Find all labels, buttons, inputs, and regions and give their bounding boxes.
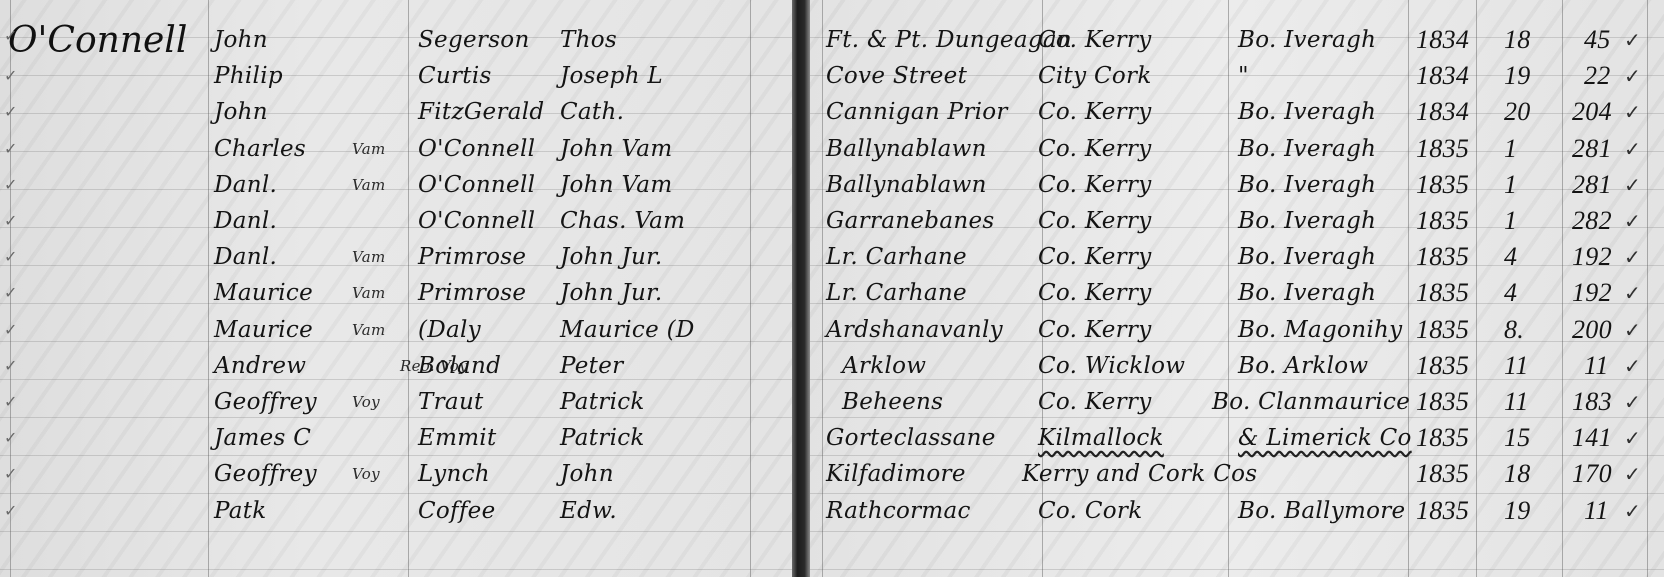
other-surname: (Daly <box>418 312 481 348</box>
year: 1835 <box>1416 167 1469 203</box>
check-mark-icon: ✓ <box>1624 58 1641 94</box>
county: Co. Wicklow <box>1038 348 1185 384</box>
folio: 11 <box>1584 493 1609 529</box>
other-surname: Coffee <box>418 493 496 529</box>
volume: 11 <box>1504 384 1529 420</box>
table-row: ✓MauriceVam(DalyMaurice (D <box>0 312 792 348</box>
table-row: ✓JohnFitzGeraldCath. <box>0 94 792 130</box>
volume: 15 <box>1504 420 1531 456</box>
county: Co. Kerry <box>1038 275 1152 311</box>
county: Co. Kerry <box>1038 384 1152 420</box>
given-name: Maurice <box>214 312 313 348</box>
folio: 281 <box>1572 167 1612 203</box>
left-page: O'Connell ✓JohnSegersonThos✓PhilipCurtis… <box>0 0 792 577</box>
county: Co. Kerry <box>1038 312 1152 348</box>
check-mark-icon: ✓ <box>4 211 17 230</box>
check-mark-icon: ✓ <box>1624 275 1641 311</box>
year: 1835 <box>1416 420 1469 456</box>
other-surname: Traut <box>418 384 484 420</box>
volume: 19 <box>1504 493 1531 529</box>
year: 1835 <box>1416 384 1469 420</box>
other-surname: O'Connell <box>418 167 535 203</box>
year: 1835 <box>1416 493 1469 529</box>
county: Kilmallock <box>1038 420 1164 456</box>
volume: 1 <box>1504 131 1517 167</box>
townland: Ballynablawn <box>826 131 987 167</box>
county: Kerry and Cork Cos <box>1022 456 1257 492</box>
table-row: ✓CharlesVamO'ConnellJohn Vam <box>0 131 792 167</box>
check-mark-icon: ✓ <box>4 283 17 302</box>
volume: 11 <box>1504 348 1529 384</box>
other-given-name: Chas. Vam <box>560 203 685 239</box>
given-name: Andrew <box>214 348 306 384</box>
other-surname: Primrose <box>418 275 526 311</box>
townland: Beheens <box>842 384 943 420</box>
book-gutter <box>792 0 810 577</box>
townland: Ballynablawn <box>826 167 987 203</box>
townland: Rathcormac <box>826 493 971 529</box>
barony: Bo. Iveragh <box>1238 275 1376 311</box>
other-given-name: Edw. <box>560 493 617 529</box>
folio: 22 <box>1584 58 1611 94</box>
table-row: ✓MauriceVamPrimroseJohn Jur. <box>0 275 792 311</box>
townland: Ardshanavanly <box>826 312 1003 348</box>
volume: 4 <box>1504 239 1517 275</box>
barony: Bo. Clanmaurice <box>1212 384 1410 420</box>
table-row: BeheensCo. KerryBo. Clanmaurice183511183… <box>792 384 1664 420</box>
volume: 1 <box>1504 203 1517 239</box>
table-row: BallynablawnCo. KerryBo. Iveragh18351281… <box>792 167 1664 203</box>
table-row: BallynablawnCo. KerryBo. Iveragh18351281… <box>792 131 1664 167</box>
table-row: ✓Danl.VamPrimroseJohn Jur. <box>0 239 792 275</box>
townland: Gorteclassane <box>826 420 996 456</box>
other-surname: O'Connell <box>418 131 535 167</box>
check-mark-icon: ✓ <box>1624 239 1641 275</box>
other-surname: Lynch <box>418 456 490 492</box>
year: 1835 <box>1416 239 1469 275</box>
year: 1835 <box>1416 348 1469 384</box>
table-row: ✓PhilipCurtisJoseph L <box>0 58 792 94</box>
table-row: Ft. & Pt. DungeaganCo. KerryBo. Iveragh1… <box>792 22 1664 58</box>
other-surname: Primrose <box>418 239 526 275</box>
check-mark-icon: ✓ <box>4 26 17 45</box>
townland: Arklow <box>842 348 926 384</box>
folio: 204 <box>1572 94 1612 130</box>
entry-note: Vam <box>352 239 386 275</box>
table-row: RathcormacCo. CorkBo. Ballymore18351911✓ <box>792 493 1664 529</box>
barony: Bo. Ballymore <box>1238 493 1405 529</box>
entry-note: Vam <box>352 312 386 348</box>
table-row: ArdshanavanlyCo. KerryBo. Magonihy18358.… <box>792 312 1664 348</box>
county: Co. Kerry <box>1038 22 1152 58</box>
table-row: GarranebanesCo. KerryBo. Iveragh18351282… <box>792 203 1664 239</box>
folio: 183 <box>1572 384 1612 420</box>
check-mark-icon: ✓ <box>4 501 17 520</box>
other-given-name: Peter <box>560 348 623 384</box>
other-given-name: John Jur. <box>560 275 663 311</box>
county: Co. Kerry <box>1038 167 1152 203</box>
barony: Bo. Iveragh <box>1238 239 1376 275</box>
check-mark-icon: ✓ <box>1624 94 1641 130</box>
check-mark-icon: ✓ <box>1624 384 1641 420</box>
given-name: John <box>214 94 268 130</box>
county: Co. Kerry <box>1038 239 1152 275</box>
table-row: Lr. CarhaneCo. KerryBo. Iveragh18354192✓ <box>792 239 1664 275</box>
check-mark-icon: ✓ <box>4 356 17 375</box>
check-mark-icon: ✓ <box>1624 131 1641 167</box>
entry-note: Vam <box>352 167 386 203</box>
right-page: Ft. & Pt. DungeaganCo. KerryBo. Iveragh1… <box>792 0 1664 577</box>
other-given-name: Thos <box>560 22 617 58</box>
check-mark-icon: ✓ <box>4 428 17 447</box>
year: 1835 <box>1416 312 1469 348</box>
given-name: Geoffrey <box>214 384 317 420</box>
volume: 8. <box>1504 312 1524 348</box>
county: Co. Cork <box>1038 493 1142 529</box>
entry-note: Vam <box>352 131 386 167</box>
other-surname: O'Connell <box>418 203 535 239</box>
barony: " <box>1238 58 1249 94</box>
table-row: KilfadimoreKerry and Cork Cos183518170✓ <box>792 456 1664 492</box>
check-mark-icon: ✓ <box>1624 312 1641 348</box>
barony: & Limerick Co <box>1238 420 1412 456</box>
year: 1835 <box>1416 275 1469 311</box>
given-name: Danl. <box>214 203 277 239</box>
folio: 141 <box>1572 420 1612 456</box>
table-row: ✓GeoffreyVoyTrautPatrick <box>0 384 792 420</box>
entry-note: Voy <box>352 384 380 420</box>
given-name: Maurice <box>214 275 313 311</box>
check-mark-icon: ✓ <box>4 175 17 194</box>
townland: Garranebanes <box>826 203 994 239</box>
other-surname: Segerson <box>418 22 530 58</box>
county: Co. Kerry <box>1038 131 1152 167</box>
folio: 200 <box>1572 312 1612 348</box>
table-row: GorteclassaneKilmallock& Limerick Co1835… <box>792 420 1664 456</box>
check-mark-icon: ✓ <box>4 464 17 483</box>
barony: Bo. Iveragh <box>1238 94 1376 130</box>
barony: Bo. Iveragh <box>1238 22 1376 58</box>
folio: 192 <box>1572 275 1612 311</box>
townland: Ft. & Pt. Dungeagan <box>826 22 1072 58</box>
volume: 18 <box>1504 22 1531 58</box>
other-given-name: John <box>560 456 614 492</box>
table-row: ✓Danl.O'ConnellChas. Vam <box>0 203 792 239</box>
townland: Lr. Carhane <box>826 275 967 311</box>
year: 1835 <box>1416 456 1469 492</box>
other-surname: Curtis <box>418 58 492 94</box>
barony: Bo. Iveragh <box>1238 203 1376 239</box>
townland: Cannigan Prior <box>826 94 1008 130</box>
table-row: ✓GeoffreyVoyLynchJohn <box>0 456 792 492</box>
barony: Bo. Iveragh <box>1238 167 1376 203</box>
other-given-name: Cath. <box>560 94 624 130</box>
check-mark-icon: ✓ <box>1624 493 1641 529</box>
other-given-name: John Vam <box>560 131 672 167</box>
table-row: Cove StreetCity Cork"18341922✓ <box>792 58 1664 94</box>
folio: 192 <box>1572 239 1612 275</box>
table-row: ✓Danl.VamO'ConnellJohn Vam <box>0 167 792 203</box>
other-surname: FitzGerald <box>418 94 544 130</box>
check-mark-icon: ✓ <box>4 102 17 121</box>
year: 1834 <box>1416 58 1469 94</box>
barony: Bo. Magonihy <box>1238 312 1402 348</box>
table-row: ✓PatkCoffeeEdw. <box>0 493 792 529</box>
check-mark-icon: ✓ <box>1624 167 1641 203</box>
check-mark-icon: ✓ <box>1624 348 1641 384</box>
other-given-name: Joseph L <box>560 58 663 94</box>
townland: Cove Street <box>826 58 967 94</box>
other-given-name: Patrick <box>560 384 645 420</box>
other-given-name: John Jur. <box>560 239 663 275</box>
county: City Cork <box>1038 58 1152 94</box>
year: 1834 <box>1416 94 1469 130</box>
county: Co. Kerry <box>1038 94 1152 130</box>
folio: 11 <box>1584 348 1609 384</box>
given-name: John <box>214 22 268 58</box>
folio: 45 <box>1584 22 1611 58</box>
table-row: ArklowCo. WicklowBo. Arklow18351111✓ <box>792 348 1664 384</box>
volume: 20 <box>1504 94 1531 130</box>
check-mark-icon: ✓ <box>4 139 17 158</box>
check-mark-icon: ✓ <box>4 392 17 411</box>
folio: 282 <box>1572 203 1612 239</box>
table-row: ✓James CEmmitPatrick <box>0 420 792 456</box>
entry-note: Vam <box>352 275 386 311</box>
given-name: Danl. <box>214 239 277 275</box>
check-mark-icon: ✓ <box>1624 203 1641 239</box>
check-mark-icon: ✓ <box>1624 420 1641 456</box>
other-given-name: John Vam <box>560 167 672 203</box>
volume: 19 <box>1504 58 1531 94</box>
other-surname: Boland <box>418 348 501 384</box>
given-name: Philip <box>214 58 283 94</box>
given-name: Danl. <box>214 167 277 203</box>
entry-note: Voy <box>352 456 380 492</box>
table-row: ✓AndrewReo. VoyBolandPeter <box>0 348 792 384</box>
townland: Kilfadimore <box>826 456 966 492</box>
year: 1835 <box>1416 203 1469 239</box>
check-mark-icon: ✓ <box>1624 22 1641 58</box>
volume: 1 <box>1504 167 1517 203</box>
year: 1834 <box>1416 22 1469 58</box>
year: 1835 <box>1416 131 1469 167</box>
folio: 281 <box>1572 131 1612 167</box>
table-row: ✓JohnSegersonThos <box>0 22 792 58</box>
barony: Bo. Arklow <box>1238 348 1368 384</box>
volume: 4 <box>1504 275 1517 311</box>
other-given-name: Maurice (D <box>560 312 695 348</box>
other-given-name: Patrick <box>560 420 645 456</box>
townland: Lr. Carhane <box>826 239 967 275</box>
check-mark-icon: ✓ <box>4 247 17 266</box>
check-mark-icon: ✓ <box>4 66 17 85</box>
barony: Bo. Iveragh <box>1238 131 1376 167</box>
table-row: Lr. CarhaneCo. KerryBo. Iveragh18354192✓ <box>792 275 1664 311</box>
given-name: Geoffrey <box>214 456 317 492</box>
given-name: James C <box>214 420 311 456</box>
folio: 170 <box>1572 456 1612 492</box>
check-mark-icon: ✓ <box>1624 456 1641 492</box>
given-name: Patk <box>214 493 267 529</box>
volume: 18 <box>1504 456 1531 492</box>
table-row: Cannigan PriorCo. KerryBo. Iveragh183420… <box>792 94 1664 130</box>
other-surname: Emmit <box>418 420 497 456</box>
given-name: Charles <box>214 131 306 167</box>
county: Co. Kerry <box>1038 203 1152 239</box>
ledger-spread: O'Connell ✓JohnSegersonThos✓PhilipCurtis… <box>0 0 1664 577</box>
check-mark-icon: ✓ <box>4 320 17 339</box>
